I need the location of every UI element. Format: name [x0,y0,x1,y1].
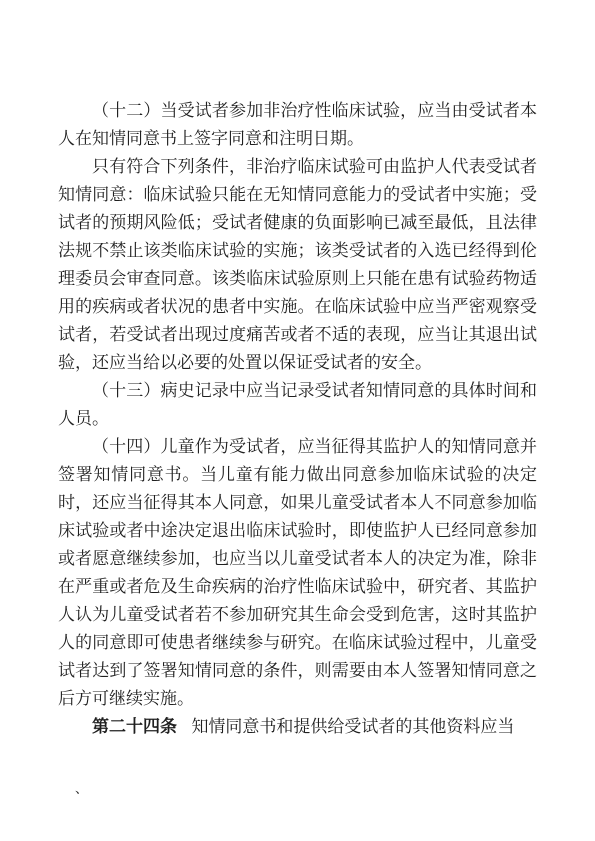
paragraph-clause-12: （十二）当受试者参加非治疗性临床试验，应当由受试者本人在知情同意书上签字同意和注… [58,97,537,153]
document-page: （十二）当受试者参加非治疗性临床试验，应当由受试者本人在知情同意书上签字同意和注… [0,0,595,841]
article-24-text: 知情同意书和提供给受试者的其他资料应当 [191,717,514,736]
article-24-number: 第二十四条 [92,717,177,736]
paragraph-article-24: 第二十四条知情同意书和提供给受试者的其他资料应当 [58,713,537,741]
paragraph-clause-14: （十四）儿童作为受试者，应当征得其监护人的知情同意并签署知情同意书。当儿童有能力… [58,433,537,713]
document-body: （十二）当受试者参加非治疗性临床试验，应当由受试者本人在知情同意书上签字同意和注… [58,97,537,741]
paragraph-clause-13: （十三）病史记录中应当记录受试者知情同意的具体时间和人员。 [58,377,537,433]
stray-punctuation-mark: 、 [75,778,88,797]
paragraph-guardian-consent-conditions: 只有符合下列条件，非治疗临床试验可由监护人代表受试者知情同意：临床试验只能在无知… [58,153,537,377]
